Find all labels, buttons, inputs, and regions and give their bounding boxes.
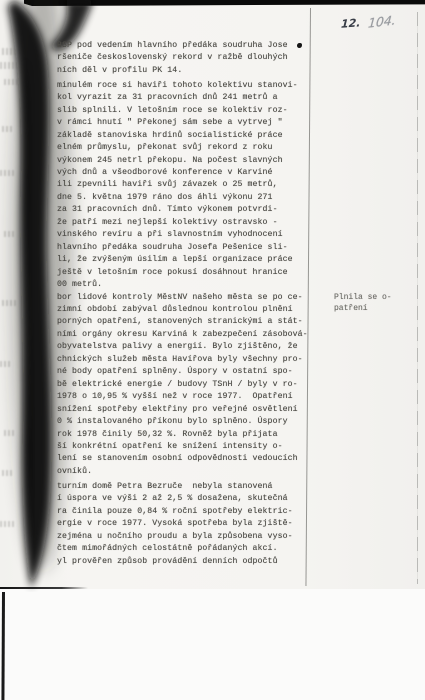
typed-text-line: kol vyrazit za 31 pracovních dnů 241 met… [57, 92, 313, 104]
typed-text-line: í úspora ve výši 2 až 2,5 % dosažena, sk… [57, 493, 313, 505]
gutter-ghost-mark [0, 170, 16, 176]
typed-text-line: obyvatelstva palivy a energií. Bylo zjiš… [57, 341, 313, 353]
typed-text-line: ší konkrétní opatření ke snížení intensi… [57, 441, 313, 453]
typed-text-line: ergie v roce 1977. Vysoká spotřeba byla … [57, 518, 313, 530]
typed-text-line: 1978 o 10,95 % vyšší než v roce 1977. Op… [57, 391, 313, 403]
far-right-faint-line [417, 12, 418, 584]
typed-text-line: ještě v letošním roce pokusí dosáhnout h… [57, 267, 313, 279]
page-number-ink: 12. [341, 16, 361, 30]
typed-text-line: yl prověřen způsob provádění denních odp… [57, 556, 313, 568]
typed-text-line: zimní období zabýval důslednou kontrolou… [57, 304, 313, 316]
typed-text-line: porných opatření, stanovených stranickým… [57, 316, 313, 328]
gutter-ghost-mark [4, 231, 16, 237]
gutter-ghost-mark [2, 300, 16, 306]
page-left-edge-line [1, 592, 4, 700]
typed-text-line: základě stanoviska hrdinů socialistické … [57, 130, 313, 142]
gutter-ghost-mark [0, 62, 20, 69]
typed-text-line: vých dnů a všeodborové konference v Karv… [57, 167, 313, 179]
margin-note-line-1: Plnila se o- [334, 292, 392, 303]
typed-text-line: ršeniče československý rekord v ražbě dl… [57, 52, 313, 64]
typed-text-line: bor lidové kontroly MěstNV našeho města … [57, 292, 313, 304]
typed-text-line: 0 % instalovaného příkonu bylo splněno. … [57, 416, 313, 428]
margin-note: Plnila se o- patření [334, 292, 392, 314]
typed-text-line: lení se stanovením osobní odpovědnosti v… [57, 453, 313, 465]
gutter-ghost-mark [2, 48, 18, 55]
typed-text-line: turním domě Petra Bezruče nebyla stanove… [57, 481, 313, 493]
typed-text-line: ili zpevnili haviři svůj závazek o 25 me… [57, 179, 313, 191]
typed-text-line: bě elektrické energie / budovy TSnH / by… [57, 379, 313, 391]
typed-text-line: ra činila pouze 0,84 % roční spotřeby el… [57, 506, 313, 518]
typed-text-line: elném průmyslu, překonat svůj rekord z r… [57, 142, 313, 154]
typed-text-line: zejména u nočního proudu a byla způsoben… [57, 531, 313, 543]
typed-text-line: že patří mezi nejlepší kolektivy ostravs… [57, 217, 313, 229]
typed-text-line: 00 metrů. [57, 279, 313, 291]
typed-text-line: hlavního předáka soudruha Josefa Pešenic… [57, 242, 313, 254]
typed-text-line: né body opatření splněny. Úspory v ostat… [57, 366, 313, 378]
typed-text-line: vinského revíru a při slavnostním vyhodn… [57, 229, 313, 241]
typed-text-line: výkonem 245 netrl překopu. Na počest sla… [57, 155, 313, 167]
gutter-ghost-mark [2, 126, 14, 132]
gutter-ghost-mark [4, 79, 18, 85]
typed-text-line: ními orgány okresu Karviná k zabezpečení… [57, 329, 313, 341]
gutter-ghost-mark [0, 521, 14, 527]
scanned-document-page: 12. 104. BSP pod vedením hlavního předák… [0, 0, 425, 700]
typed-text-line: za 31 pracovních dnů. Tímto výkonem potv… [57, 204, 313, 216]
typed-text-line: li, že zvýšeným úsilím a lepší organizac… [57, 254, 313, 266]
typed-text-line: slib splnili. V letošním roce se kolekti… [57, 105, 313, 117]
gutter-ghost-mark [2, 470, 14, 476]
typed-text-line: ovníků. [57, 466, 313, 478]
typed-text-line: minulém roce si haviři tohoto kolektivu … [57, 80, 313, 92]
margin-note-line-2: patření [334, 303, 392, 314]
typed-text-line: BSP pod vedením hlavního předáka soudruh… [57, 40, 313, 52]
typed-text-line: snížení spotřeby elektřiny pro veřejné o… [57, 404, 313, 416]
typed-text-line: čtem mimořádných celostátně pořádaných a… [57, 543, 313, 555]
typed-text-line: ních děl v profilu PK 14. [57, 65, 313, 77]
typed-text-block: BSP pod vedením hlavního předáka soudruh… [57, 40, 313, 568]
scanner-background [0, 589, 425, 700]
typed-text-line: dne 5. května 1979 ráno dos áhli výkonu … [57, 192, 313, 204]
typed-text-line: v rámci hnutí " Překonej sám sebe a vytr… [57, 117, 313, 129]
typed-text-line: rok 1978 činily 50,32 %. Rovněž byla při… [57, 429, 313, 441]
gutter-ghost-mark [4, 430, 14, 436]
gutter-ghost-mark [0, 361, 12, 367]
typed-text-line: chnických služeb města Havířova byly vše… [57, 354, 313, 366]
